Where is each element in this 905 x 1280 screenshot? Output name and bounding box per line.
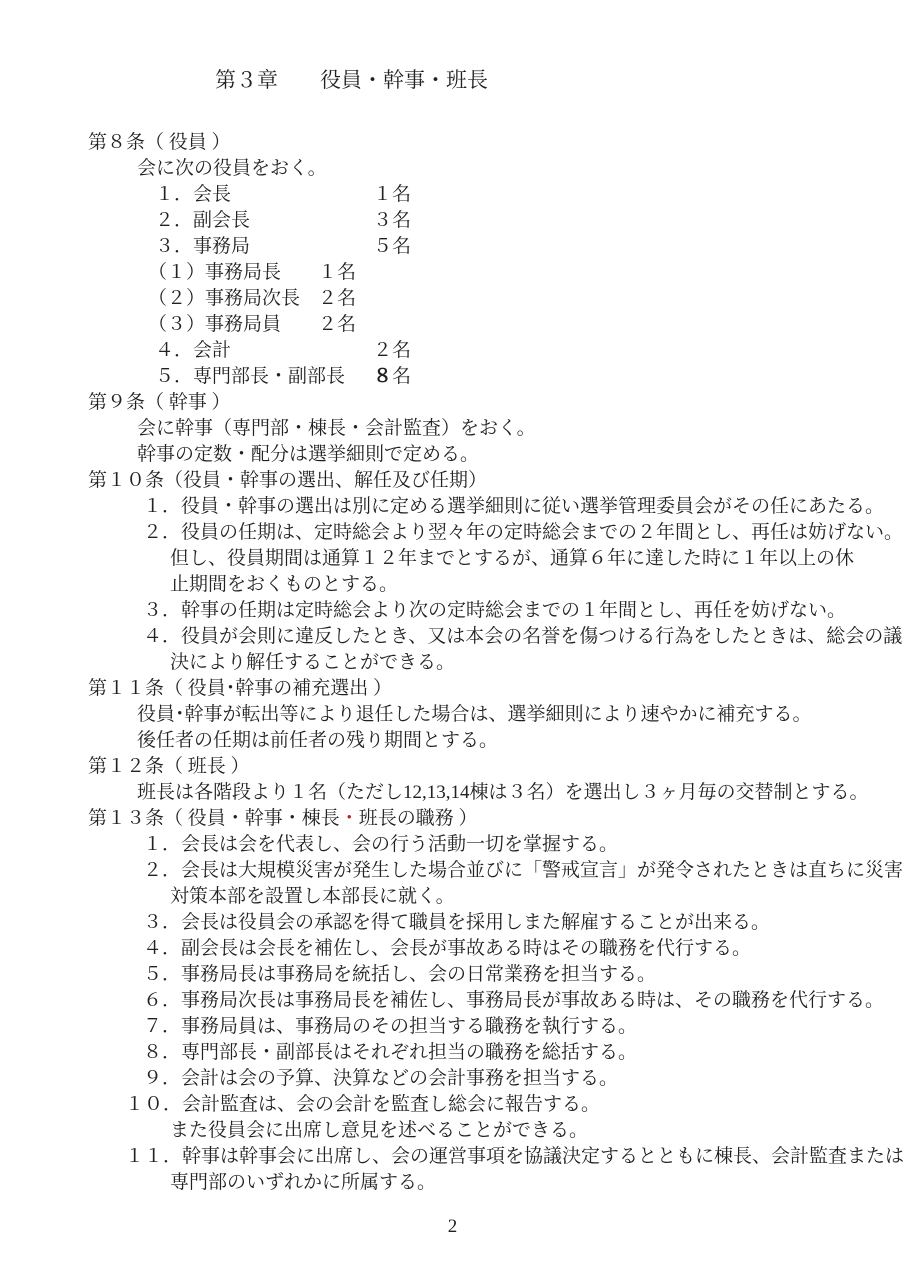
article-heading: 第１２条（ 班長 ） [88,754,905,780]
numbered-item-line: ６．事務局次長は事務局長を補佐し、事務局長が事故ある時は、その職務を代行する。 [143,988,905,1014]
document-page: 第３章 役員・幹事・班長 第８条（ 役員 ）会に次の役員をおく。１．会長１名２．… [0,0,905,1280]
clause-text-line: 幹事の定数・配分は選挙細則で定める。 [137,442,905,468]
numbered-item-line: ８．専門部長・副部長はそれぞれ担当の職務を総括する。 [143,1040,905,1066]
roster-row: ３．事務局５名 [155,234,905,260]
roster-row: ５．専門部長・副部長８名 [155,364,905,390]
red-interpunct: ・ [340,808,359,829]
role-label: （１）事務局長 [148,262,281,283]
continuation-line: 止期間をおくものとする。 [170,572,905,598]
numbered-item-line: ３．会長は役員会の承認を得て職員を採用しまた解雇することが出来る。 [143,910,905,936]
numbered-item-line: ４．副会長は会長を補佐し、会長が事故ある時はその職務を代行する。 [143,936,905,962]
heading-text: 第１３条（ 役員・幹事・棟長 [88,808,340,829]
clause-text-line: 会に次の役員をおく。 [137,156,905,182]
member-count: ２名 [373,338,411,364]
numbered-item-line: ２．役員の任期は、定時総会より翌々年の定時総会までの２年間とし、再任は妨げない。 [143,520,905,546]
continuation-line: 決により解任することができる。 [170,650,905,676]
clause-text-line: 会に幹事（専門部・棟長・会計監査）をおく。 [137,416,905,442]
numbered-item-line: １１．幹事は幹事会に出席し、会の運営事項を協議決定するとともに棟長、会計監査また… [125,1144,905,1170]
roster-row: （２）事務局次長２名 [148,286,905,312]
article-heading: 第１０条（役員・幹事の選出、解任及び任期） [88,468,905,494]
document-body: 第８条（ 役員 ）会に次の役員をおく。１．会長１名２．副会長３名３．事務局５名（… [0,130,905,1196]
role-label: １．会長 [155,184,231,205]
article-heading: 第１１条（ 役員･幹事の補充選出 ） [88,676,905,702]
role-label: ３．事務局 [155,236,250,257]
roster-row: ４．会計２名 [155,338,905,364]
clause-text-line: 班長は各階段より１名（ただし12,13,14棟は３名）を選出し３ヶ月毎の交替制と… [137,780,905,806]
numbered-item-line: ３．幹事の任期は定時総会より次の定時総会までの１年間とし、再任を妨げない。 [143,598,905,624]
roster-row: ２．副会長３名 [155,208,905,234]
numbered-item-line: ４．役員が会則に違反したとき、又は本会の名誉を傷つける行為をしたときは、総会の議 [143,624,905,650]
chapter-title: 第３章 役員・幹事・班長 [215,66,905,94]
numbered-item-line: １．会長は会を代表し、会の行う活動一切を掌握する。 [143,832,905,858]
member-count: ２名 [318,312,356,338]
roster-row: （３）事務局員２名 [148,312,905,338]
numbered-item-line: ７．事務局員は、事務局のその担当する職務を執行する。 [143,1014,905,1040]
numbered-item-line: ２．会長は大規模災害が発生した場合並びに「警戒宣言」が発令されたときは直ちに災害 [143,858,905,884]
roster-row: １．会長１名 [155,182,905,208]
numbered-item-line: ９．会計は会の予算、決算などの会計事務を担当する。 [143,1066,905,1092]
heading-text: 班長の職務 ） [359,808,478,829]
role-label: （３）事務局員 [148,314,281,335]
role-label: ４．会計 [155,340,231,361]
member-count: ２名 [318,286,356,312]
numbered-item-line: １．役員・幹事の選出は別に定める選挙細則に従い選挙管理委員会がその任にあたる。 [143,494,905,520]
role-label: ５．専門部長・副部長 [155,366,345,387]
document-content: 第３章 役員・幹事・班長 第８条（ 役員 ）会に次の役員をおく。１．会長１名２．… [0,66,905,1196]
numbered-item-line: ５．事務局長は事務局を統括し、会の日常業務を担当する。 [143,962,905,988]
role-label: ２．副会長 [155,210,250,231]
role-label: （２）事務局次長 [148,288,300,309]
continuation-line: また役員会に出席し意見を述べることができる。 [170,1118,905,1144]
numbered-item-line: １０．会計監査は、会の会計を監査し総会に報告する。 [125,1092,905,1118]
article-heading: 第８条（ 役員 ） [88,130,905,156]
article-heading: 第９条（ 幹事 ） [88,390,905,416]
member-count: ８名 [373,364,411,390]
clause-text-line: 役員･幹事が転出等により退任した場合は、選挙細則により速やかに補充する。 [137,702,905,728]
member-count: ３名 [373,208,411,234]
continuation-line: 専門部のいずれかに所属する。 [170,1170,905,1196]
member-count: １名 [373,182,411,208]
roster-row: （１）事務局長１名 [148,260,905,286]
member-count: １名 [318,260,356,286]
page-number: 2 [0,1214,905,1240]
article-heading: 第１３条（ 役員・幹事・棟長・班長の職務 ） [88,806,905,832]
member-count: ５名 [373,234,411,260]
clause-text-line: 後任者の任期は前任者の残り期間とする。 [137,728,905,754]
continuation-line: 対策本部を設置し本部長に就く。 [170,884,905,910]
continuation-line: 但し、役員期間は通算１２年までとするが、通算６年に達した時に１年以上の休 [170,546,905,572]
